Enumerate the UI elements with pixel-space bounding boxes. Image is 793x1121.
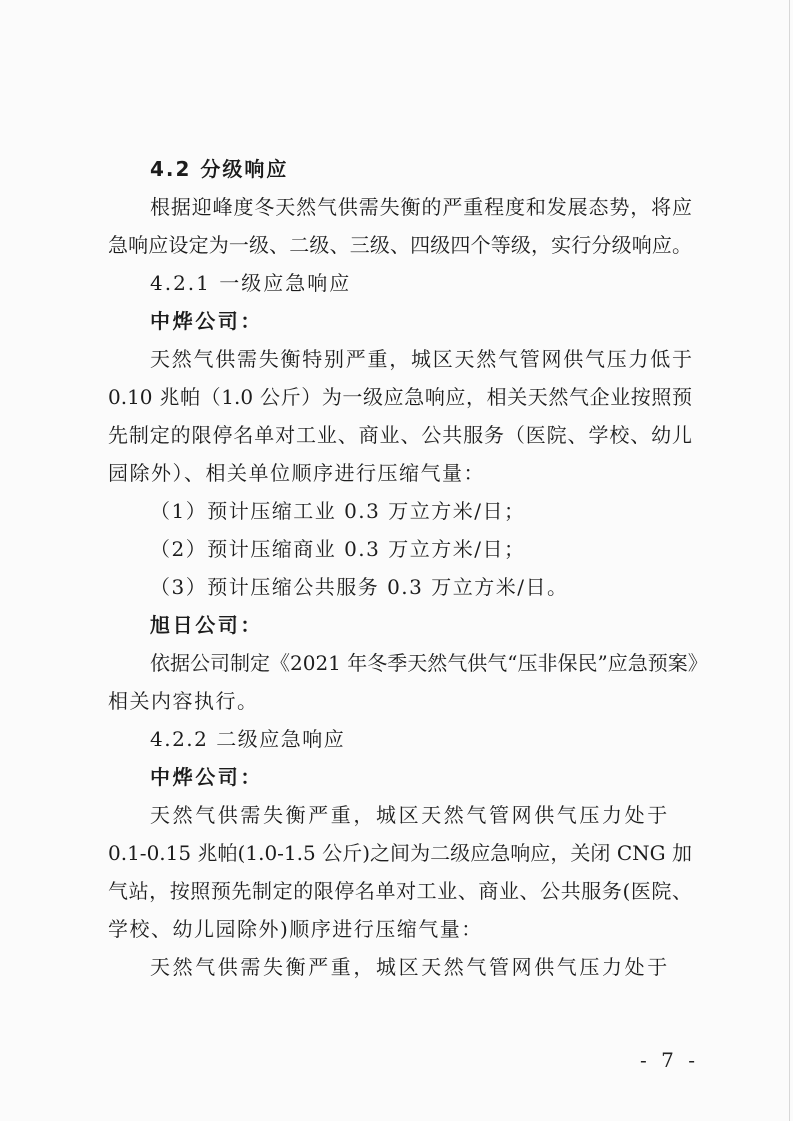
subsection-heading: 4.2.1 一级应急响应 bbox=[150, 264, 692, 302]
paragraph-line: 天然气供需失衡特别严重，城区天然气管网供气压力低于 bbox=[150, 340, 692, 378]
paragraph-line: 急响应设定为一级、二级、三级、四级四个等级，实行分级响应。 bbox=[108, 226, 692, 264]
paragraph-line: 根据迎峰度冬天然气供需失衡的严重程度和发展态势，将应 bbox=[150, 188, 692, 226]
list-item: （3）预计压缩公共服务 0.3 万立方米/日。 bbox=[150, 568, 734, 606]
paragraph-line: 依据公司制定《2021 年冬季天然气供气“压非保民”应急预案》 bbox=[150, 644, 692, 682]
paragraph-line: 天然气供需失衡严重，城区天然气管网供气压力处于 bbox=[150, 796, 692, 834]
paragraph-line: 0.1-0.15 兆帕(1.0-1.5 公斤)之间为二级应急响应，关闭 CNG … bbox=[108, 834, 692, 872]
paragraph-line: 园除外）、相关单位顺序进行压缩气量： bbox=[108, 454, 692, 492]
company-label: 旭日公司： bbox=[150, 606, 692, 644]
paragraph-line: 相关内容执行。 bbox=[108, 682, 692, 720]
list-item: （2）预计压缩商业 0.3 万立方米/日； bbox=[150, 530, 734, 568]
paragraph-line: 学校、幼儿园除外)顺序进行压缩气量： bbox=[108, 910, 692, 948]
scan-edge bbox=[789, 0, 790, 1121]
paragraph-line: 先制定的限停名单对工业、商业、公共服务（医院、学校、幼儿 bbox=[108, 416, 692, 454]
page-number: - 7 - bbox=[640, 1048, 699, 1072]
list-item: （1）预计压缩工业 0.3 万立方米/日； bbox=[150, 492, 734, 530]
section-heading: 4.2 分级响应 bbox=[150, 150, 692, 188]
paragraph-line: 气站，按照预先制定的限停名单对工业、商业、公共服务(医院、 bbox=[108, 872, 692, 910]
company-label: 中烨公司： bbox=[150, 758, 692, 796]
paragraph-line: 0.10 兆帕（1.0 公斤）为一级应急响应，相关天然气企业按照预 bbox=[108, 378, 692, 416]
company-label: 中烨公司： bbox=[150, 302, 692, 340]
subsection-heading: 4.2.2 二级应急响应 bbox=[150, 720, 692, 758]
paragraph-line: 天然气供需失衡严重，城区天然气管网供气压力处于 bbox=[150, 948, 692, 986]
